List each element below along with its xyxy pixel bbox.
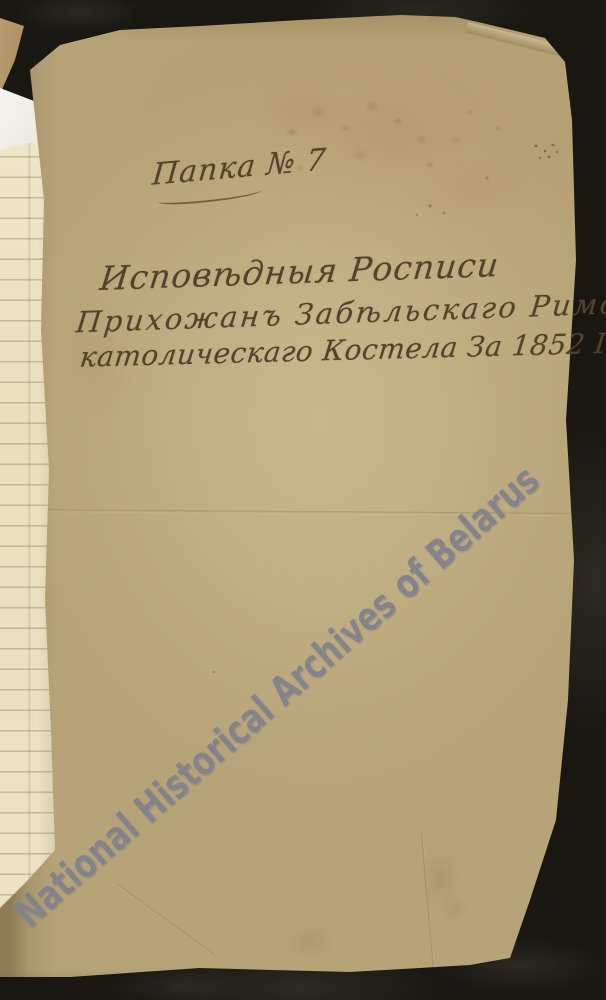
archival-document-scan: Папка № 7 Исповѣдныя Росписи Прихожанъ З… bbox=[0, 0, 606, 1000]
